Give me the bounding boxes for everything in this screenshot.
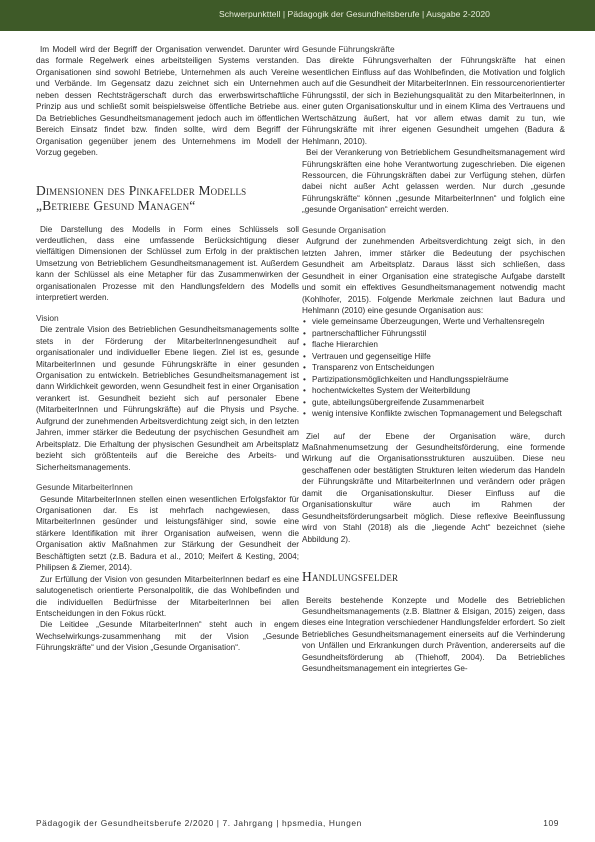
intro-paragraph: Im Modell wird der Begriff der Organisat… (36, 44, 299, 159)
page-number: 109 (543, 818, 559, 828)
section-heading-handlungsfelder: Handlungsfelder (302, 569, 565, 585)
fuehrung-paragraph-2: Bei der Verankerung von Betrieblichem Ge… (302, 147, 565, 216)
list-item: wenig intensive Konflikte zwischen Topma… (302, 408, 565, 419)
list-item: gute, abteilungsübergreifende Zusammenar… (302, 397, 565, 408)
section-heading-dimensionen: Dimensionen des Pinkafelder Modells „Bet… (36, 183, 299, 214)
organisation-feature-list: viele gemeinsame Überzeugungen, Werte un… (302, 316, 565, 419)
handlungsfelder-paragraph: Bereits bestehende Konzepte und Modelle … (302, 595, 565, 675)
subheading-vision: Vision (36, 313, 299, 324)
section-paragraph: Die Darstellung des Modells in Form eine… (36, 224, 299, 304)
section-heading-line1: Dimensionen des Pinkafelder Modells (36, 183, 246, 198)
vision-paragraph: Die zentrale Vision des Betrieblichen Ge… (36, 324, 299, 473)
left-column: Im Modell wird der Begriff der Organisat… (36, 44, 299, 654)
list-item: flache Hierarchien (302, 339, 565, 350)
footer-publication: Pädagogik der Gesundheitsberufe 2/2020 |… (36, 818, 362, 828)
mitarbeiter-paragraph-2: Zur Erfüllung der Vision von gesunden Mi… (36, 574, 299, 620)
list-item: Partizipationsmöglichkeiten und Handlung… (302, 374, 565, 385)
organisation-paragraph-1: Aufgrund der zunehmenden Arbeitsverdicht… (302, 236, 565, 316)
list-item: Vertrauen und gegenseitige Hilfe (302, 351, 565, 362)
list-item: hochentwickeltes System der Weiterbildun… (302, 385, 565, 396)
subheading-gesunde-mitarbeiter: Gesunde MitarbeiterInnen (36, 482, 299, 493)
running-header-title: Schwerpunkttell | Pädagogik der Gesundhe… (219, 9, 490, 19)
section-heading-line2: „Betriebe Gesund Managen“ (36, 198, 195, 213)
list-item: Transparenz von Entscheidungen (302, 362, 565, 373)
spacer (302, 420, 565, 431)
mitarbeiter-paragraph-1: Gesunde MitarbeiterInnen stellen einen w… (36, 494, 299, 574)
list-item: viele gemeinsame Überzeugungen, Werte un… (302, 316, 565, 327)
fuehrung-paragraph-1: Das direkte Führungsverhalten der Führun… (302, 55, 565, 147)
right-column: Gesunde Führungskräfte Das direkte Führu… (302, 44, 565, 675)
subheading-gesunde-organisation: Gesunde Organisation (302, 225, 565, 236)
subheading-gesunde-fuehrung: Gesunde Führungskräfte (302, 44, 565, 55)
running-header-bar: Schwerpunkttell | Pädagogik der Gesundhe… (0, 0, 595, 31)
mitarbeiter-paragraph-3: Die Leitidee „Gesunde MitarbeiterInnen“ … (36, 619, 299, 653)
organisation-paragraph-2: Ziel auf der Ebene der Organisation wäre… (302, 431, 565, 546)
list-item: partnerschaftlicher Führungsstil (302, 328, 565, 339)
